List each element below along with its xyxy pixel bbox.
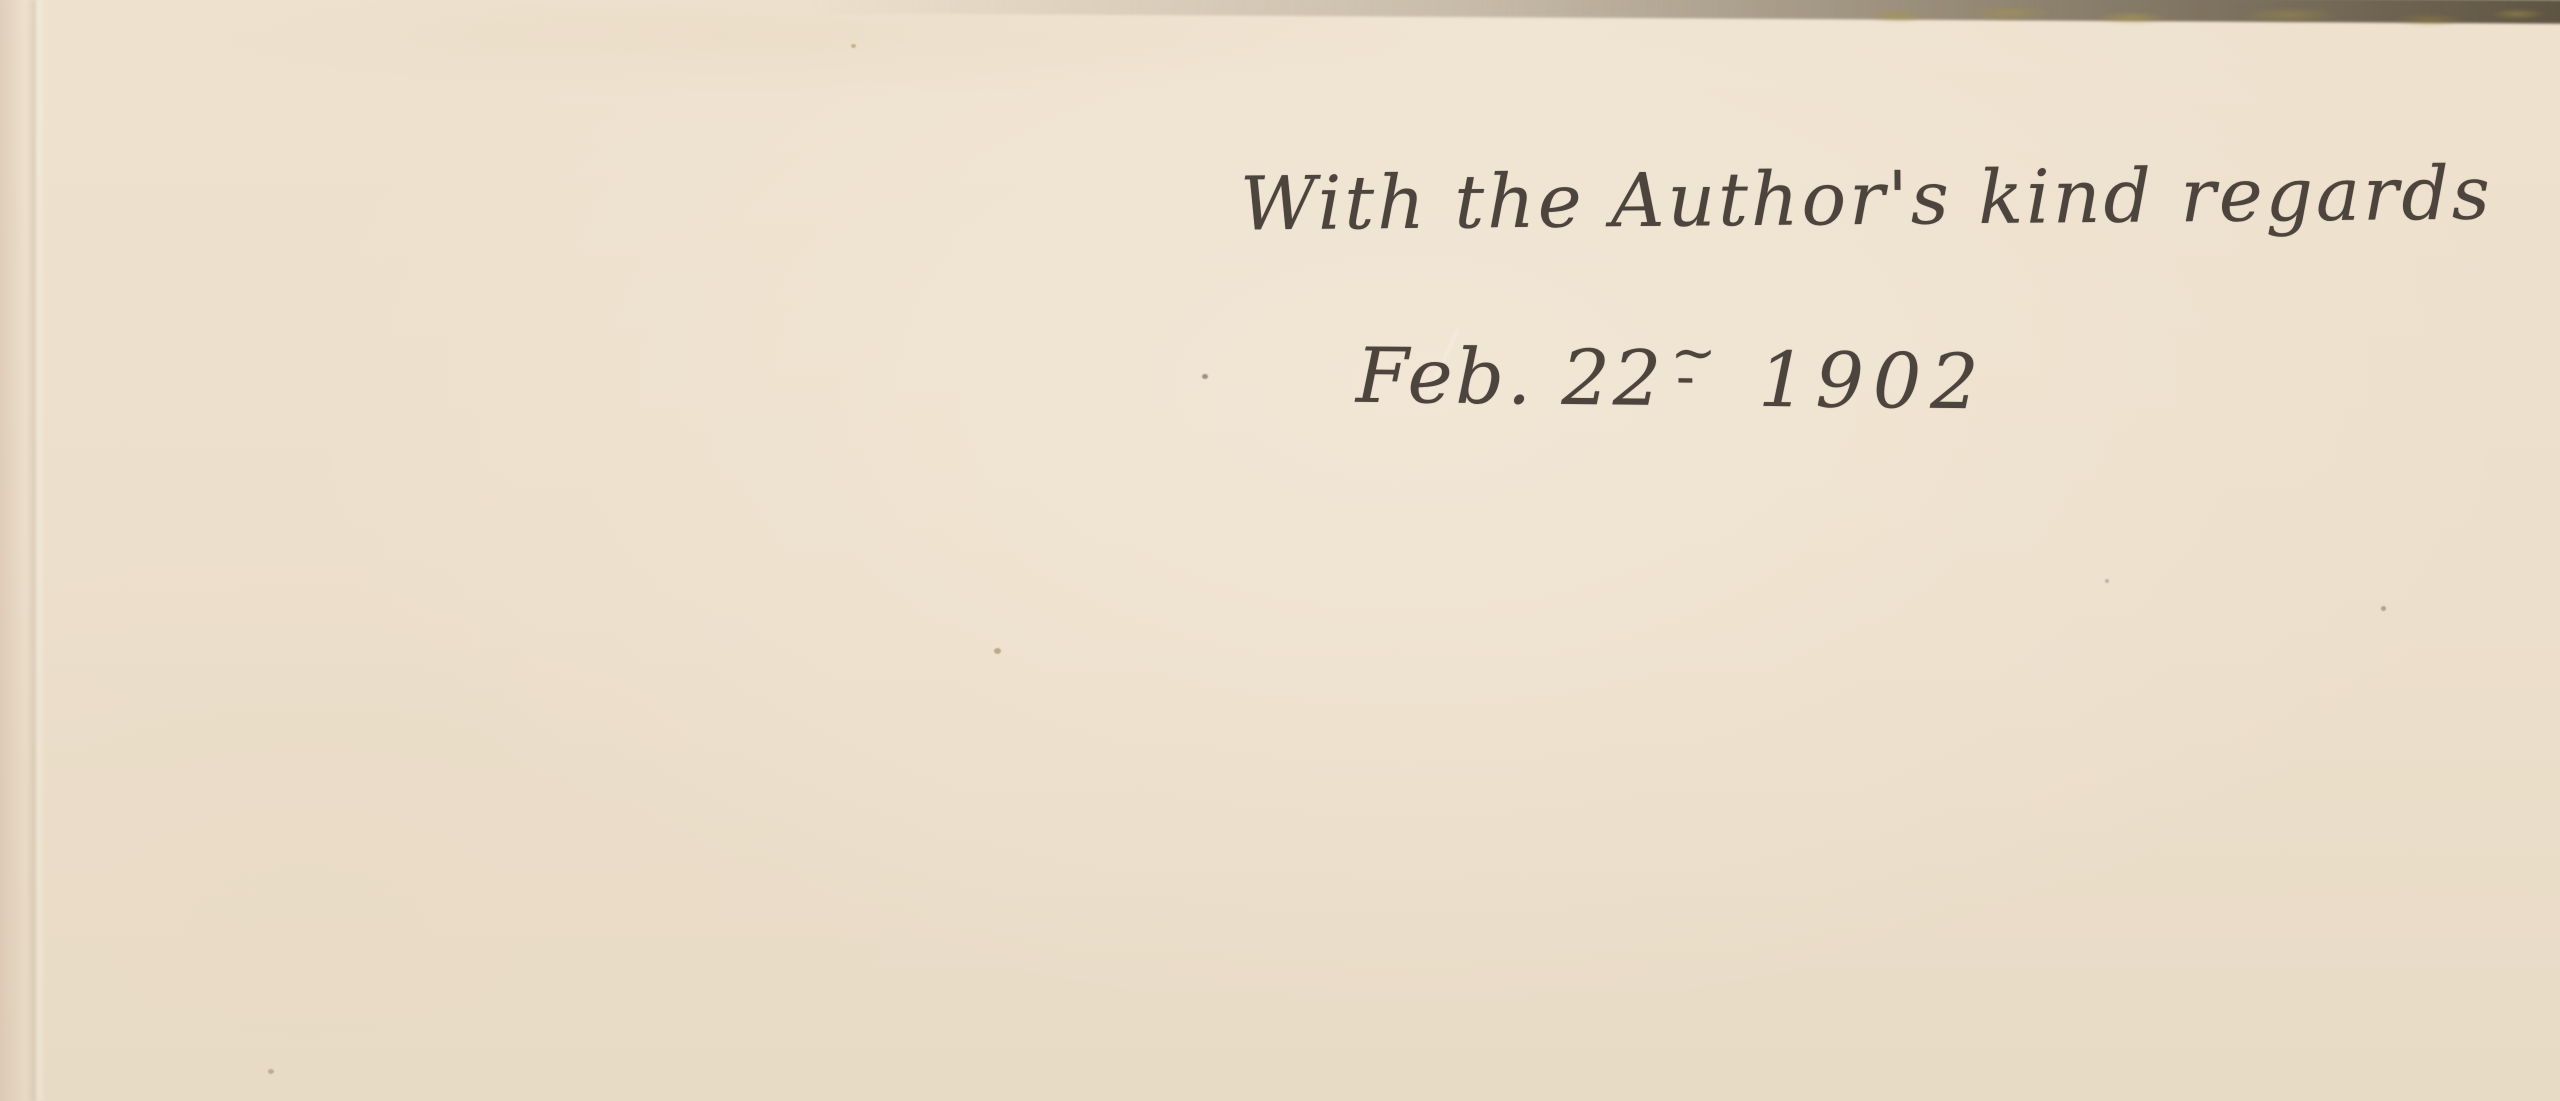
inscription-year: 1902 (1758, 335, 1988, 426)
ink-speck (1202, 374, 1208, 379)
page-left-edge-shading (0, 0, 28, 1101)
page-top-edge-stains (1870, 7, 2560, 41)
foxing-speck (2105, 579, 2109, 583)
foxing-speck (268, 1069, 274, 1074)
ordinal-dash: - (1676, 344, 1698, 408)
inscription-date-prefix: Feb. 22 (1356, 331, 1665, 423)
foxing-speck (2381, 606, 2386, 611)
foxing-speck (851, 44, 856, 48)
page-fold-crease (26, 0, 46, 1101)
book-flyleaf-photo: With the Author's kind regards Feb. 22~-… (0, 0, 2560, 1101)
foxing-speck (994, 648, 1001, 654)
inscription-line-2: Feb. 22~-1902 (1356, 331, 1989, 427)
inscription-line-1: With the Author's kind regards (1240, 151, 2493, 248)
ordinal-mark: ~- (1664, 337, 1719, 406)
